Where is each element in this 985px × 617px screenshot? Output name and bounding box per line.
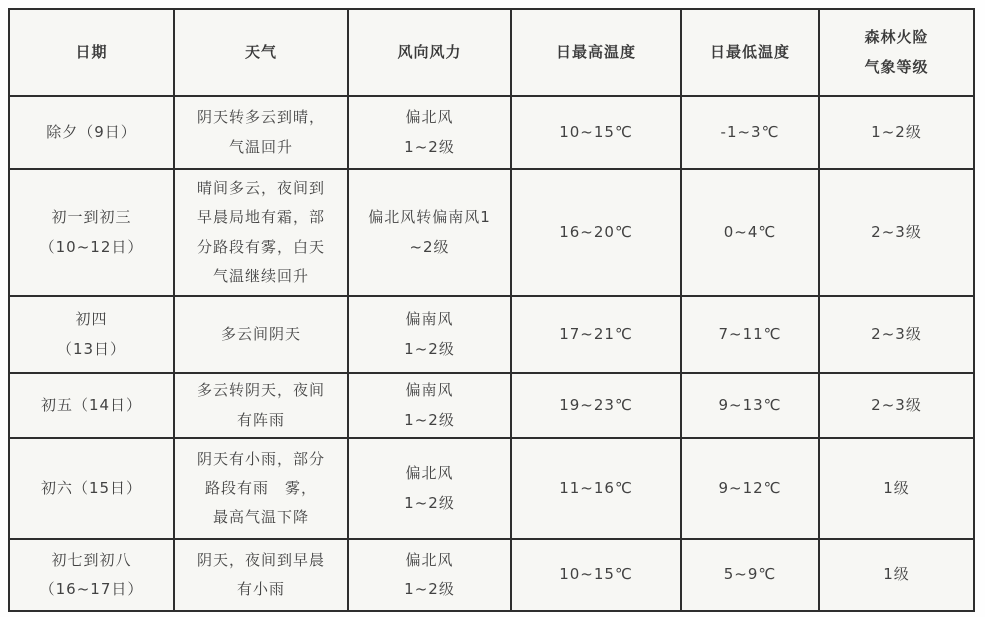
cell-tmax: 17~21℃: [511, 296, 681, 373]
header-row: 日期 天气 风向风力 日最高温度 日最低温度 森林火险 气象等级: [9, 9, 974, 96]
forecast-table: 日期 天气 风向风力 日最高温度 日最低温度 森林火险 气象等级 除夕（9日） …: [8, 8, 975, 612]
cell-fire-level: 2~3级: [819, 296, 974, 373]
page: 日期 天气 风向风力 日最高温度 日最低温度 森林火险 气象等级 除夕（9日） …: [0, 0, 985, 617]
cell-tmax: 19~23℃: [511, 373, 681, 438]
cell-wind: 偏北风 1~2级: [348, 539, 511, 611]
column-header-wind: 风向风力: [348, 9, 511, 96]
cell-tmin: 9~12℃: [681, 438, 819, 539]
table-row: 初六（15日） 阴天有小雨，部分 路段有雨 雾， 最高气温下降 偏北风 1~2级…: [9, 438, 974, 539]
cell-wind: 偏南风 1~2级: [348, 296, 511, 373]
cell-tmin: 9~13℃: [681, 373, 819, 438]
cell-wind: 偏北风 1~2级: [348, 96, 511, 169]
cell-date: 除夕（9日）: [9, 96, 174, 169]
cell-date: 初五（14日）: [9, 373, 174, 438]
table-row: 初一到初三 （10~12日） 晴间多云，夜间到 早晨局地有霜，部 分路段有雾，白…: [9, 169, 974, 296]
cell-fire-level: 1~2级: [819, 96, 974, 169]
column-header-tmin: 日最低温度: [681, 9, 819, 96]
cell-weather: 阴天有小雨，部分 路段有雨 雾， 最高气温下降: [174, 438, 348, 539]
cell-weather: 多云转阴天，夜间 有阵雨: [174, 373, 348, 438]
column-header-fire-level: 森林火险 气象等级: [819, 9, 974, 96]
cell-tmin: 0~4℃: [681, 169, 819, 296]
cell-fire-level: 1级: [819, 438, 974, 539]
cell-weather: 晴间多云，夜间到 早晨局地有霜，部 分路段有雾，白天 气温继续回升: [174, 169, 348, 296]
cell-date: 初七到初八 （16~17日）: [9, 539, 174, 611]
table-row: 除夕（9日） 阴天转多云到晴， 气温回升 偏北风 1~2级 10~15℃ -1~…: [9, 96, 974, 169]
table-row: 初四 （13日） 多云间阴天 偏南风 1~2级 17~21℃ 7~11℃ 2~3…: [9, 296, 974, 373]
cell-date: 初六（15日）: [9, 438, 174, 539]
cell-tmax: 10~15℃: [511, 96, 681, 169]
column-header-tmax: 日最高温度: [511, 9, 681, 96]
cell-fire-level: 1级: [819, 539, 974, 611]
cell-tmin: -1~3℃: [681, 96, 819, 169]
cell-tmin: 7~11℃: [681, 296, 819, 373]
cell-fire-level: 2~3级: [819, 169, 974, 296]
cell-tmin: 5~9℃: [681, 539, 819, 611]
cell-weather: 阴天，夜间到早晨 有小雨: [174, 539, 348, 611]
column-header-date: 日期: [9, 9, 174, 96]
cell-wind: 偏南风 1~2级: [348, 373, 511, 438]
cell-wind: 偏北风 1~2级: [348, 438, 511, 539]
column-header-weather: 天气: [174, 9, 348, 96]
cell-date: 初一到初三 （10~12日）: [9, 169, 174, 296]
cell-fire-level: 2~3级: [819, 373, 974, 438]
cell-weather: 多云间阴天: [174, 296, 348, 373]
table-row: 初七到初八 （16~17日） 阴天，夜间到早晨 有小雨 偏北风 1~2级 10~…: [9, 539, 974, 611]
cell-weather: 阴天转多云到晴， 气温回升: [174, 96, 348, 169]
cell-tmax: 10~15℃: [511, 539, 681, 611]
cell-tmax: 11~16℃: [511, 438, 681, 539]
table-row: 初五（14日） 多云转阴天，夜间 有阵雨 偏南风 1~2级 19~23℃ 9~1…: [9, 373, 974, 438]
cell-tmax: 16~20℃: [511, 169, 681, 296]
cell-date: 初四 （13日）: [9, 296, 174, 373]
cell-wind: 偏北风转偏南风1 ~2级: [348, 169, 511, 296]
